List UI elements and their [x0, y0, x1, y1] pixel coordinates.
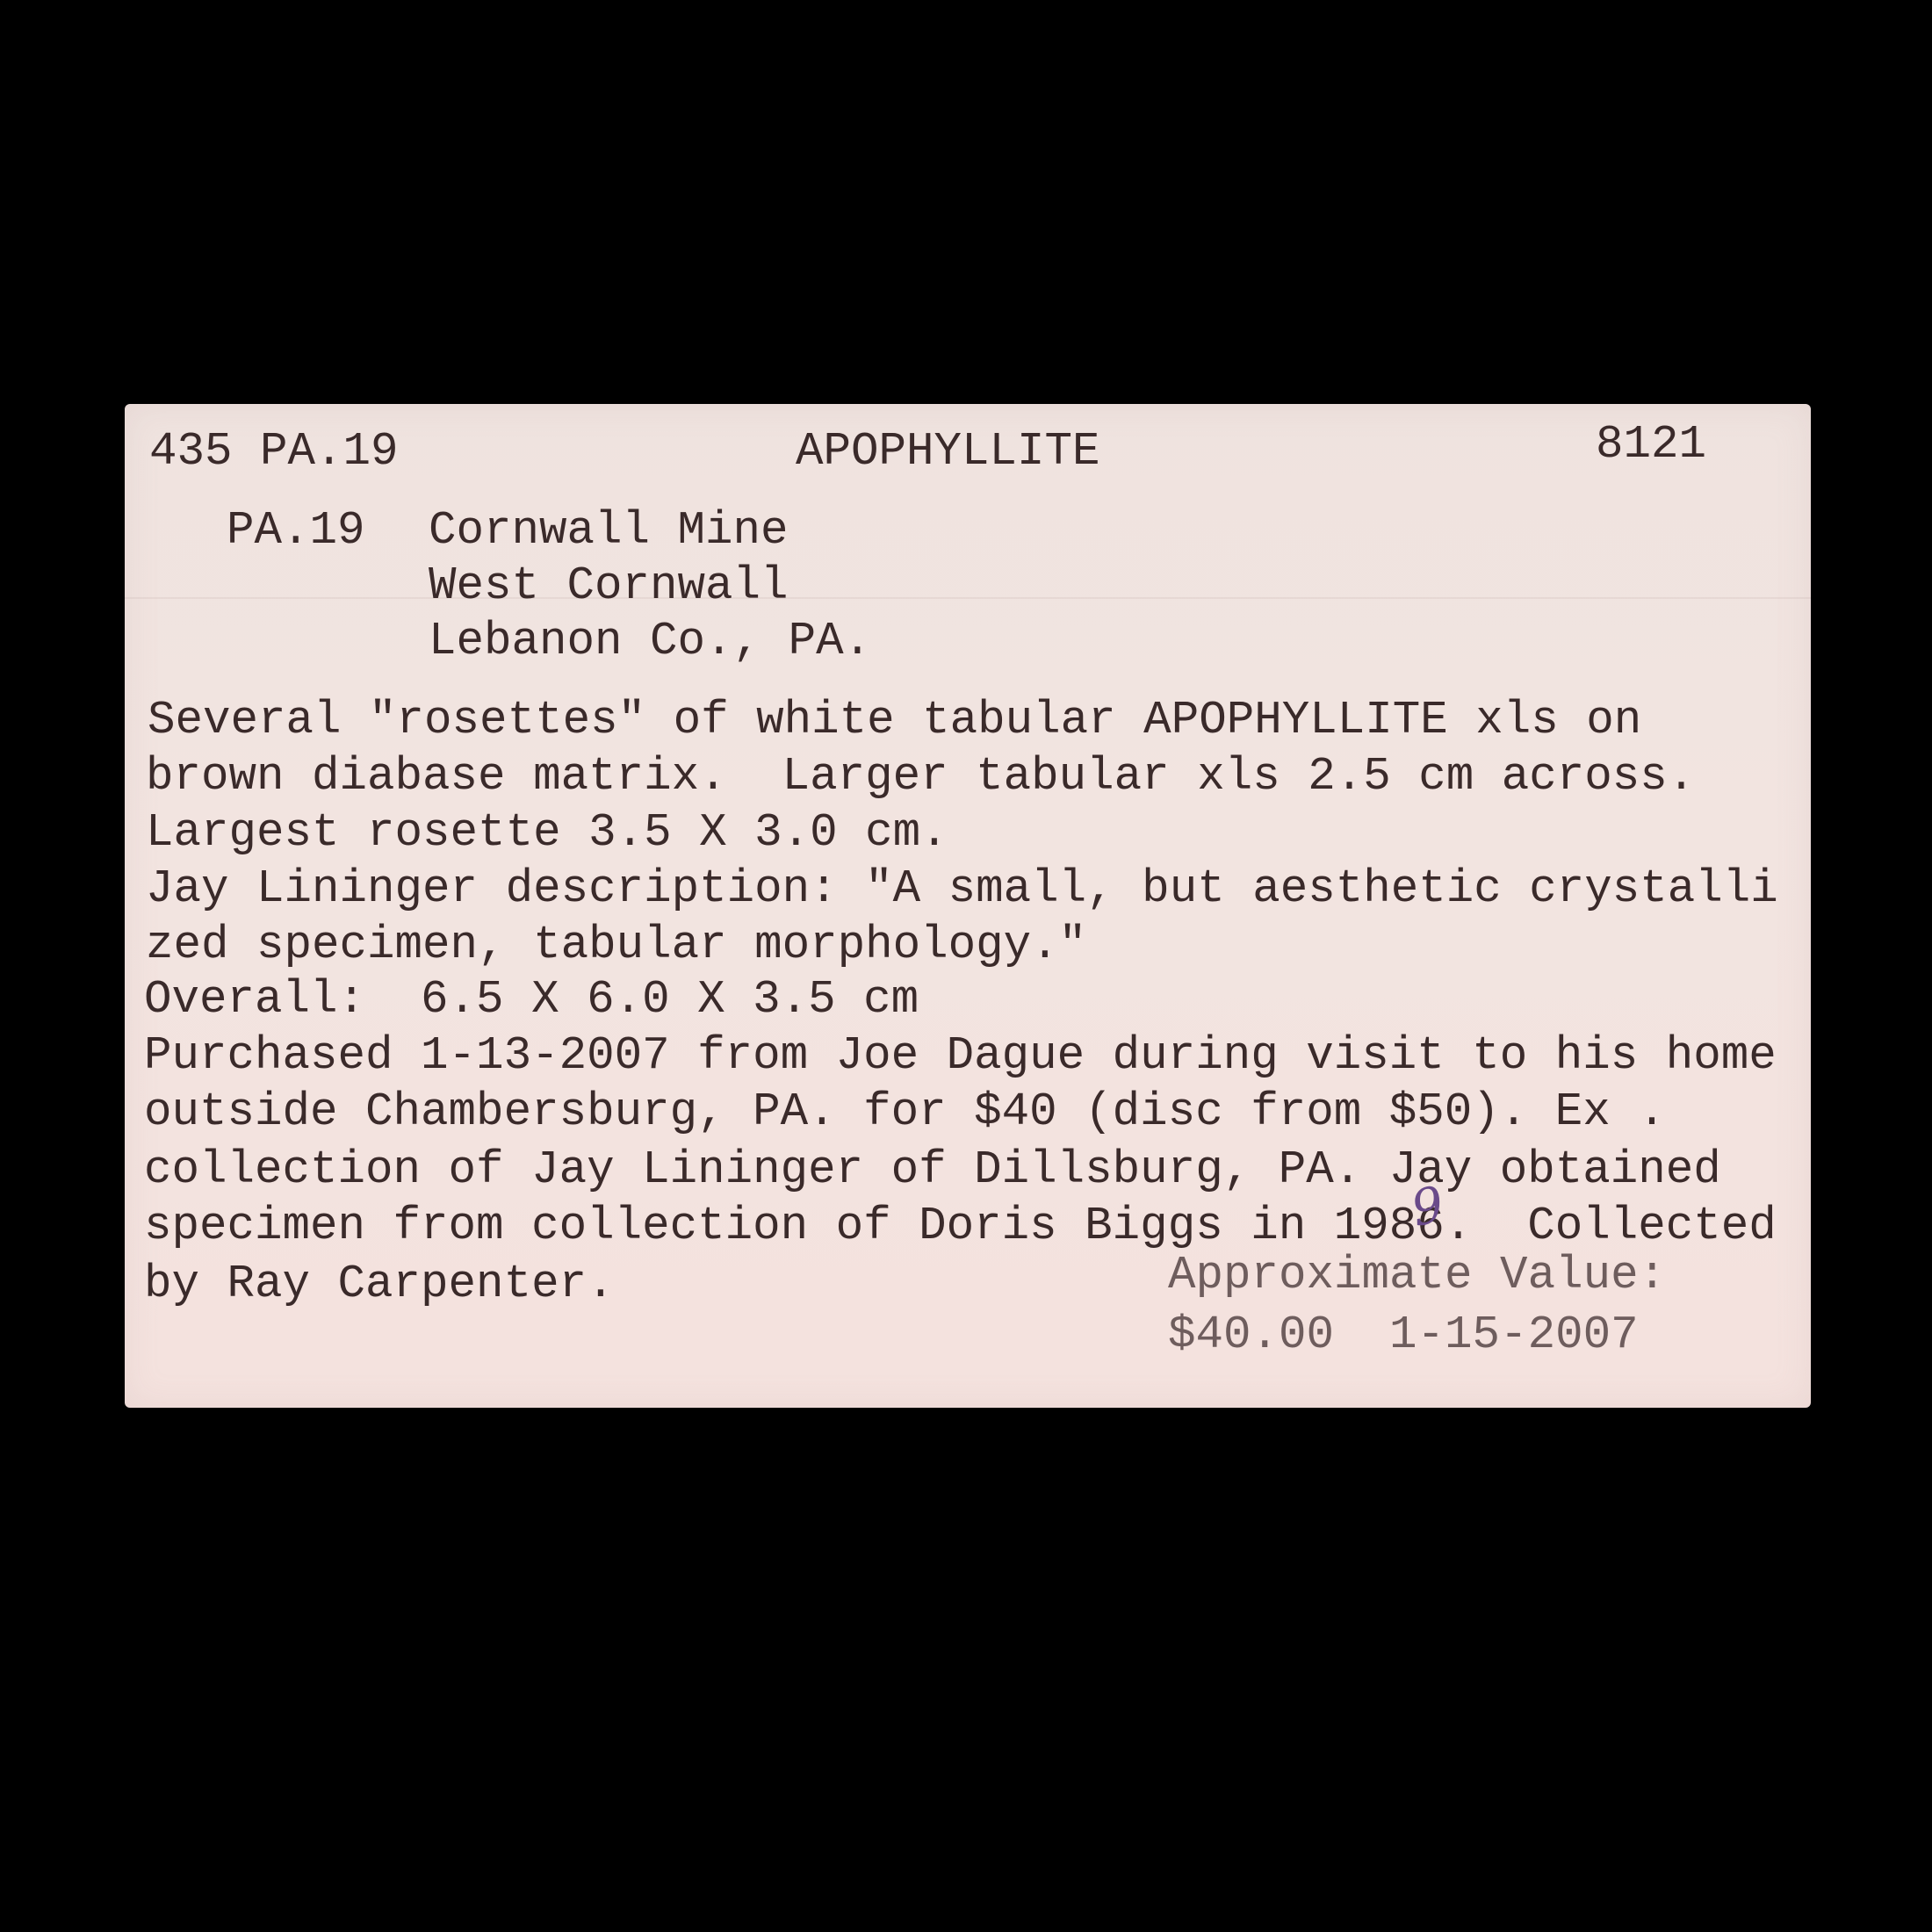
approximate-value: $40.00 1-15-2007 — [1168, 1312, 1639, 1359]
description-line: Largest rosette 3.5 X 3.0 cm. — [146, 810, 948, 856]
description-line: specimen from collection of Doris Biggs … — [144, 1203, 1777, 1250]
approximate-value-label: Approximate Value: — [1168, 1252, 1666, 1299]
catalog-number: 435 PA.19 — [149, 429, 399, 475]
description-line: Overall: 6.5 X 6.0 X 3.5 cm — [144, 977, 919, 1023]
description-line: outside Chambersburg, PA. for $40 (disc … — [144, 1089, 1666, 1135]
locality-mine: Cornwall Mine — [429, 508, 789, 554]
locality-code: PA.19 — [227, 508, 365, 554]
description-line: zed specimen, tabular morphology." — [146, 922, 1086, 969]
description-line: Jay Lininger description: "A small, but … — [146, 866, 1778, 912]
description-line: Purchased 1-13-2007 from Joe Dague durin… — [144, 1033, 1777, 1079]
locality-town: West Cornwall — [429, 563, 789, 609]
specimen-label-card: 435 PA.19 APOPHYLLITE 8121 PA.19 Cornwal… — [125, 404, 1811, 1408]
specimen-id: 8121 — [1596, 422, 1706, 468]
description-line: Several "rosettes" of white tabular APOP… — [148, 697, 1641, 744]
description-line: brown diabase matrix. Larger tabular xls… — [146, 753, 1695, 800]
description-line: collection of Jay Lininger of Dillsburg,… — [144, 1147, 1721, 1193]
mineral-name: APOPHYLLITE — [796, 429, 1100, 475]
description-line: by Ray Carpenter. — [144, 1261, 615, 1308]
locality-county-state: Lebanon Co., PA. — [429, 618, 871, 665]
